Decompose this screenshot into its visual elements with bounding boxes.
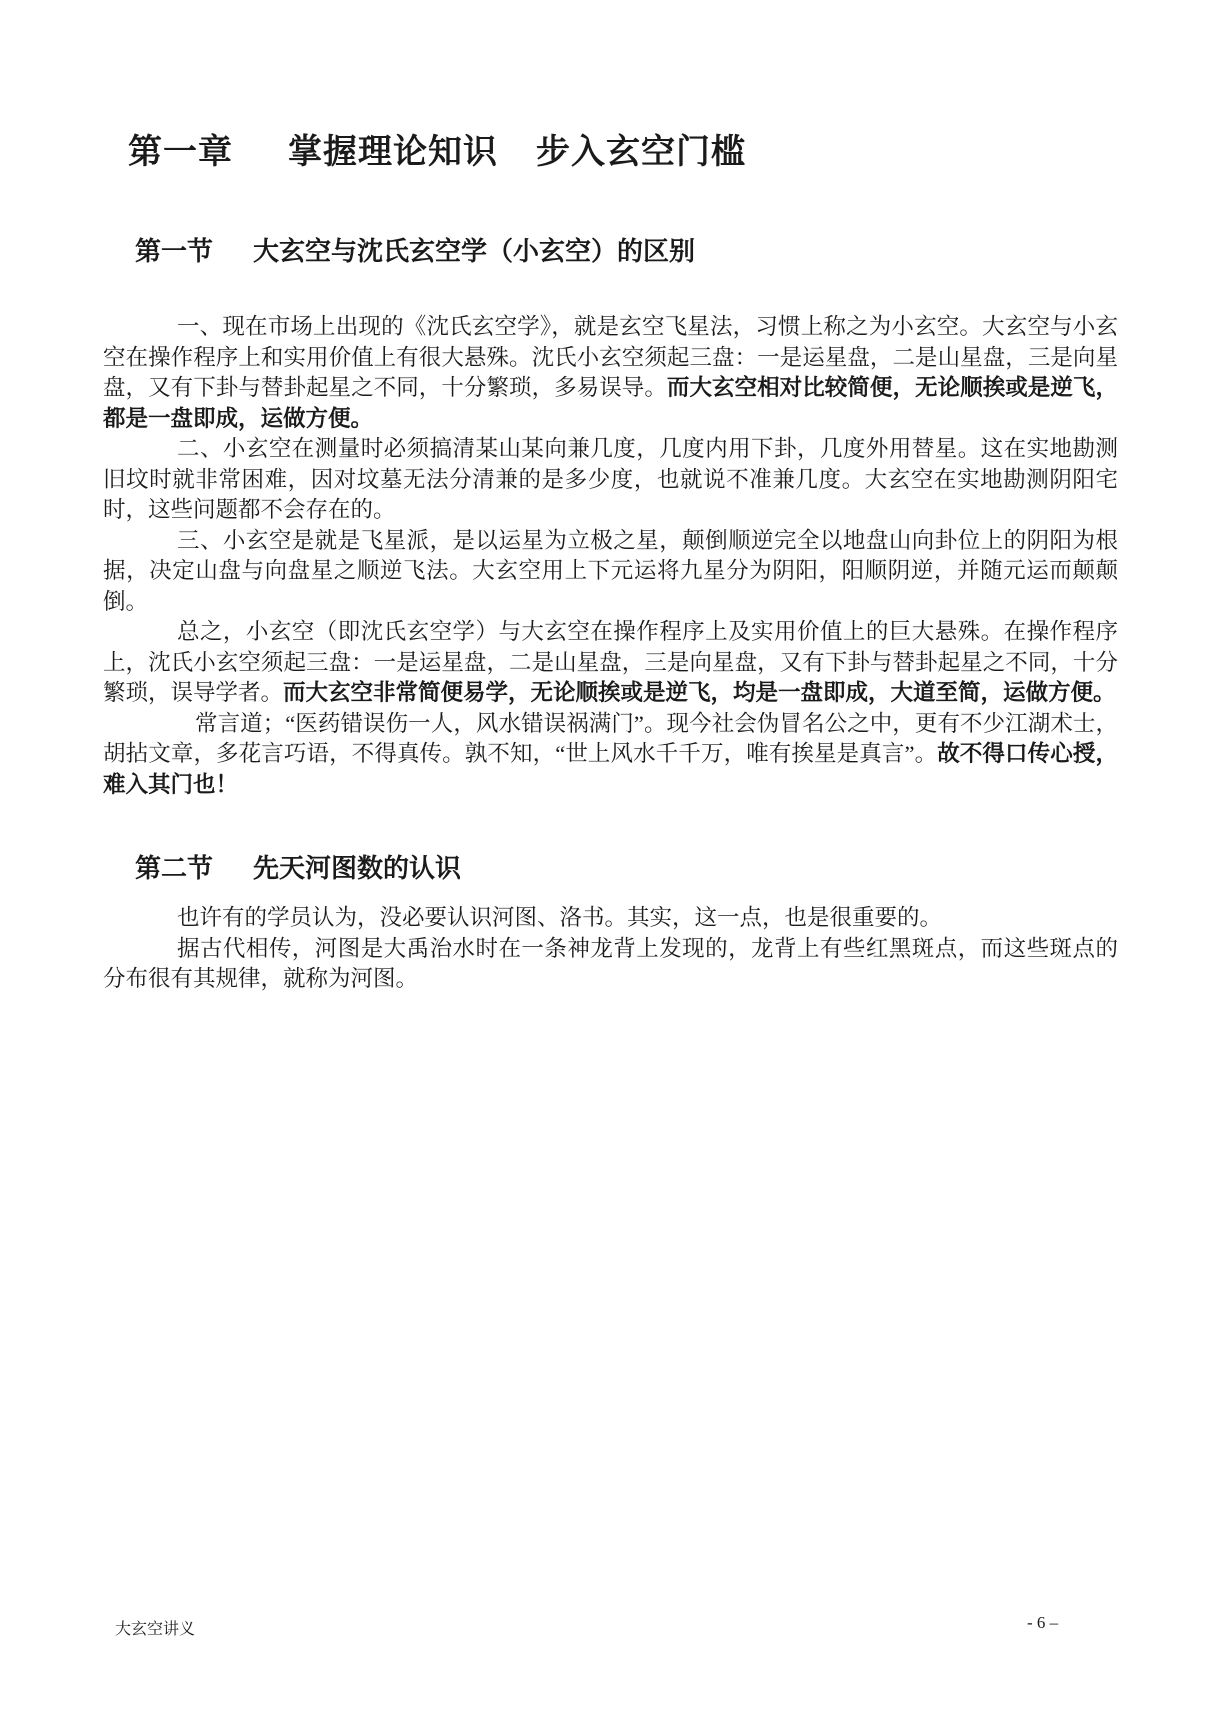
paragraph: 也许有的学员认为，没必要认识河图、洛书。其实，这一点，也是很重要的。 bbox=[103, 903, 1118, 934]
section-1-paragraphs: 一、现在市场上出现的《沈氏玄空学》，就是玄空飞星法，习惯上称之为小玄空。大玄空与… bbox=[103, 312, 1118, 800]
section-1-heading: 第一节 大玄空与沈氏玄空学（小玄空）的区别 bbox=[103, 231, 1118, 268]
section-2-heading: 第二节 先天河图数的认识 bbox=[103, 848, 1118, 885]
chapter-heading: 第一章 掌握理论知识 步入玄空门槛 bbox=[103, 0, 1118, 173]
section-1-number: 第一节 bbox=[135, 231, 213, 268]
page-content: 第一章 掌握理论知识 步入玄空门槛 第一节 大玄空与沈氏玄空学（小玄空）的区别 … bbox=[103, 0, 1118, 995]
paragraph: 二、小玄空在测量时必须搞清某山某向兼几度，几度内用下卦，几度外用替星。这在实地勘… bbox=[103, 434, 1118, 526]
chapter-number: 第一章 bbox=[128, 124, 233, 173]
section-2-title: 先天河图数的认识 bbox=[253, 848, 461, 885]
footer-document-title: 大玄空讲义 bbox=[115, 1616, 195, 1639]
section-2-paragraphs: 也许有的学员认为，没必要认识河图、洛书。其实，这一点，也是很重要的。据古代相传，… bbox=[103, 903, 1118, 995]
emphasis-text: 而大玄空非常简便易学，无论顺挨或是逆飞，均是一盘即成，大道至简，运做方便。 bbox=[283, 680, 1116, 705]
section-1-title: 大玄空与沈氏玄空学（小玄空）的区别 bbox=[253, 231, 695, 268]
section-1: 第一节 大玄空与沈氏玄空学（小玄空）的区别 一、现在市场上出现的《沈氏玄空学》，… bbox=[103, 231, 1118, 800]
paragraph: 三、小玄空是就是飞星派，是以运星为立极之星，颠倒顺逆完全以地盘山向卦位上的阴阳为… bbox=[103, 526, 1118, 618]
paragraph: 常言道；“医药错误伤一人，风水错误祸满门”。现今社会伪冒名公之中，更有不少江湖术… bbox=[103, 709, 1118, 801]
chapter-title-part2: 步入玄空门槛 bbox=[536, 124, 746, 173]
paragraph: 一、现在市场上出现的《沈氏玄空学》，就是玄空飞星法，习惯上称之为小玄空。大玄空与… bbox=[103, 312, 1118, 434]
paragraph: 据古代相传，河图是大禹治水时在一条神龙背上发现的，龙背上有些红黑斑点，而这些斑点… bbox=[103, 934, 1118, 995]
section-2: 第二节 先天河图数的认识 也许有的学员认为，没必要认识河图、洛书。其实，这一点，… bbox=[103, 848, 1118, 995]
body-text: 三、小玄空是就是飞星派，是以运星为立极之星，颠倒顺逆完全以地盘山向卦位上的阴阳为… bbox=[103, 528, 1118, 614]
body-text: 二、小玄空在测量时必须搞清某山某向兼几度，几度内用下卦，几度外用替星。这在实地勘… bbox=[103, 436, 1118, 522]
chapter-title-part1: 掌握理论知识 bbox=[288, 124, 498, 173]
footer-page-number: - 6 – bbox=[1027, 1613, 1058, 1633]
document-page: 第一章 掌握理论知识 步入玄空门槛 第一节 大玄空与沈氏玄空学（小玄空）的区别 … bbox=[0, 0, 1216, 1726]
body-text: 据古代相传，河图是大禹治水时在一条神龙背上发现的，龙背上有些红黑斑点，而这些斑点… bbox=[103, 936, 1118, 992]
body-text: 也许有的学员认为，没必要认识河图、洛书。其实，这一点，也是很重要的。 bbox=[177, 905, 942, 930]
section-2-number: 第二节 bbox=[135, 848, 213, 885]
paragraph: 总之，小玄空（即沈氏玄空学）与大玄空在操作程序上及实用价值上的巨大悬殊。在操作程… bbox=[103, 617, 1118, 709]
